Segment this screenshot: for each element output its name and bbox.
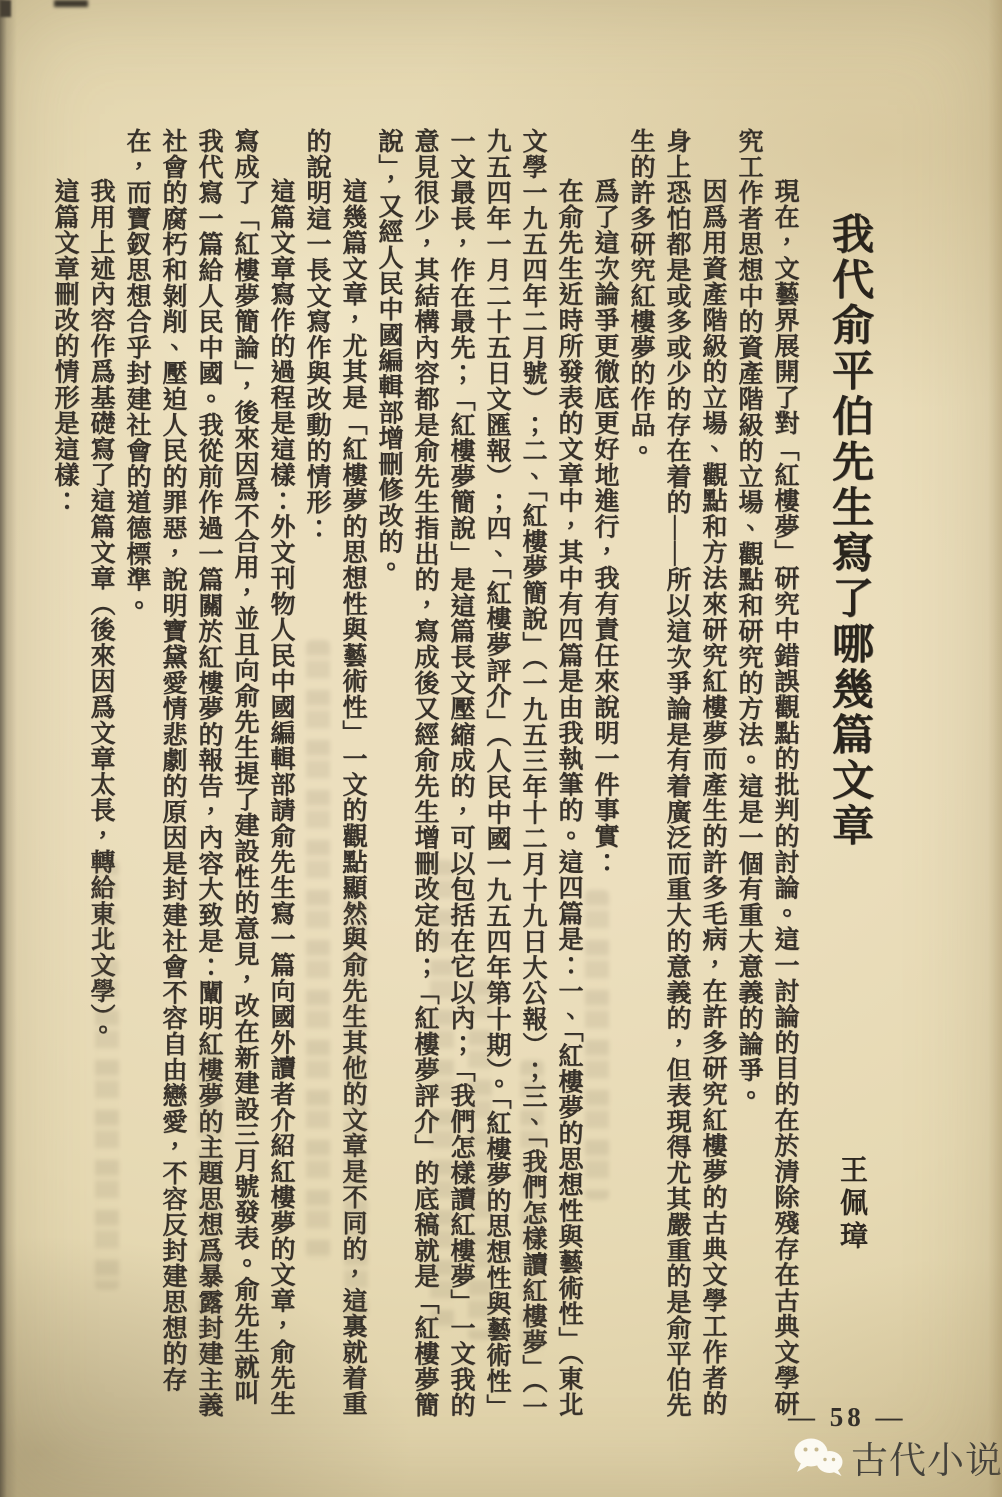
article-title: 我代俞平伯先生寫了哪幾篇文章	[820, 212, 878, 849]
article-body: 現在，文藝界展開了對「紅樓夢」研究中錯誤觀點的批判的討論。這一討論的目的在於清除…	[46, 128, 802, 1420]
paragraph: 這幾篇文章，尤其是「紅樓夢的思想性與藝術性」一文的觀點顯然與俞先生其他的文章是不…	[298, 128, 370, 1420]
watermark: 古代小说网	[792, 1430, 1002, 1484]
wechat-icon	[792, 1436, 846, 1478]
paragraph: 現在，文藝界展開了對「紅樓夢」研究中錯誤觀點的批判的討論。這一討論的目的在於清除…	[730, 128, 802, 1420]
scan-edge-mark	[0, 0, 11, 17]
paragraph: 這篇文章寫作的過程是這樣：外文刊物人民中國編輯部請俞先生寫一篇向國外讀者介紹紅樓…	[118, 128, 298, 1420]
scan-edge-mark	[54, 0, 88, 7]
page-number: — 58 —	[788, 1402, 907, 1433]
paragraph: 因爲用資產階級的立場、觀點和方法來研究紅樓夢而產生的許多毛病，在許多研究紅樓夢的…	[622, 128, 730, 1420]
paragraph: 在俞先生近時所發表的文章中，其中有四篇是由我執筆的。這四篇是：一、「紅樓夢的思想…	[370, 128, 586, 1420]
scanned-page: 我代俞平伯先生寫了哪幾篇文章 王佩璋 現在，文藝界展開了對「紅樓夢」研究中錯誤觀…	[0, 0, 1002, 1497]
author-name: 王佩璋	[831, 1155, 871, 1254]
paragraph: 這篇文章刪改的情形是這樣：	[46, 128, 82, 1420]
paragraph: 爲了這次論爭更徹底更好地進行，我有責任來說明一件事實：	[586, 128, 622, 1420]
watermark-label: 古代小说网	[851, 1430, 1002, 1484]
paragraph: 我用上述內容作爲基礎寫了這篇文章（後來因爲文章太長，轉給東北文學）。	[82, 128, 118, 1420]
